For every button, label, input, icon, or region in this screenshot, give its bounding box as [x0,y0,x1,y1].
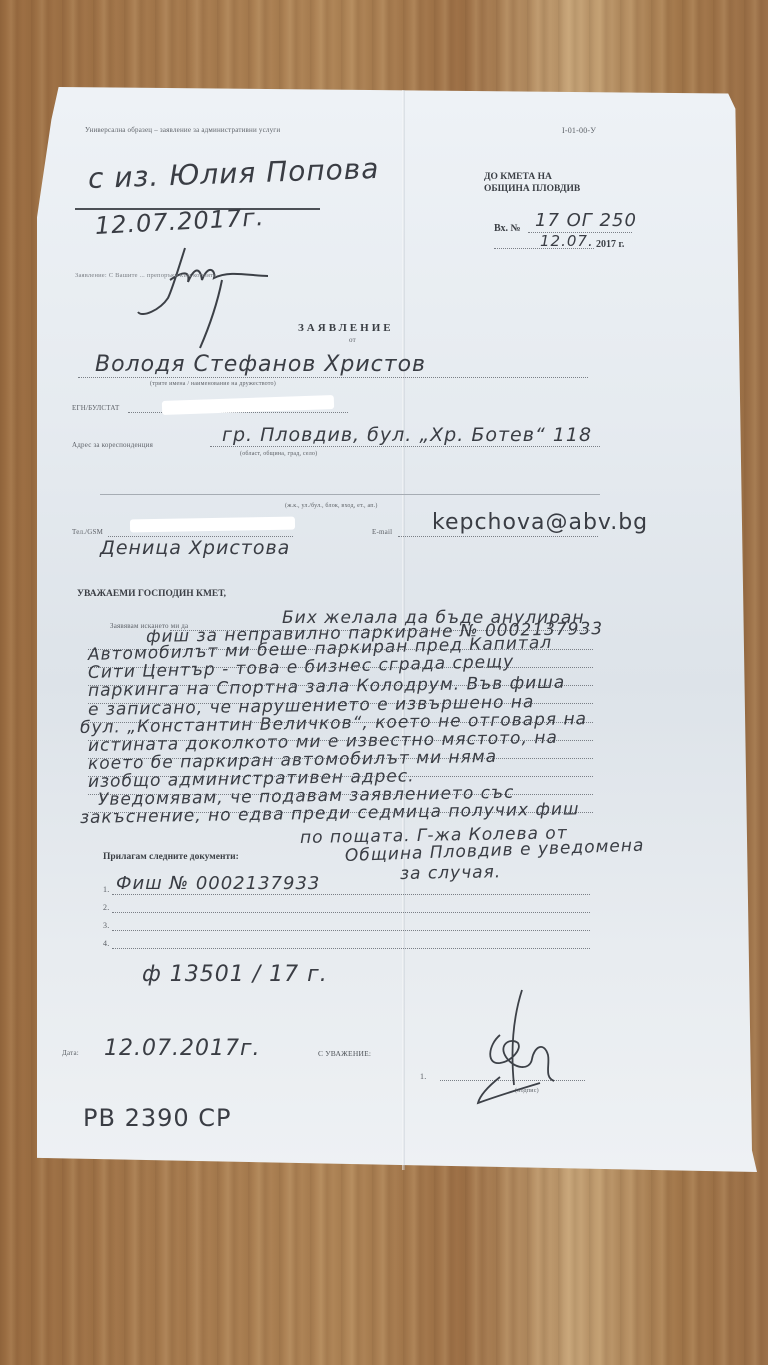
applicant-name-line [78,377,588,378]
form-caption: Универсална образец – заявление за админ… [85,126,280,134]
applicant-line-label: Заявление: С Вашите ... препоръки към ко… [75,272,365,279]
addressee-line-1: ДО КМЕТА НА [484,171,580,183]
email-line [398,536,598,537]
form-code: I-01-00-У [562,126,596,135]
photo-background: Универсална образец – заявление за админ… [0,0,768,1365]
address-caption-2: (ж.к., ул./бул., блок, вход, ет., ап.) [285,503,378,509]
attachment-line [112,912,590,913]
contact-name-handwritten: Деница Христова [100,537,290,559]
attachment-line [112,894,590,895]
attachment-line [112,930,590,931]
attachment-value-handwritten: Фиш № 0002137933 [116,873,320,894]
attachment-number: 2. [103,903,109,912]
address-line [210,446,600,447]
address-label: Адрес за кореспонденция [72,441,153,449]
name-caption: (трите имена / наименование на дружество… [150,381,276,387]
email-handwritten: kepchova@abv.bg [432,510,648,535]
email-label: E-mail [372,528,392,536]
attachment-line [112,948,590,949]
resolution-signature [130,240,300,350]
attachment-number: 4. [103,939,109,948]
reg-label: Вх. № [494,223,521,234]
license-plate-handwritten: РВ 2390 СР [83,1104,232,1132]
date-handwritten: 12.07.2017г. [104,1036,261,1061]
salutation: УВАЖАЕМИ ГОСПОДИН КМЕТ, [77,589,226,599]
regards-label: С УВАЖЕНИЕ: [318,1049,371,1058]
body-line-handwritten: за случая. [400,862,502,884]
attachment-number: 1. [103,885,109,894]
address-line-2 [100,494,600,495]
date-label: Дата: [62,1049,79,1057]
attachments-label: Прилагам следните документи: [103,852,239,862]
document-title: ЗАЯВЛЕНИЕ [298,322,394,334]
egn-label: ЕГН/БУЛСТАТ [72,404,120,412]
attachment-number: 3. [103,921,109,930]
addressee: ДО КМЕТА НА ОБЩИНА ПЛОВДИВ [484,171,580,195]
reg-date-handwritten: 12.07. [540,232,594,250]
address-caption: (област, община, град, село) [240,451,317,457]
from-label: от [349,336,356,344]
applicant-name-handwritten: Володя Стефанов Христов [95,352,426,377]
address-handwritten: гр. Пловдив, бул. „Хр. Ботев“ 118 [222,424,592,446]
ref-note-handwritten: ф 13501 / 17 г. [142,962,328,987]
sign-number: 1. [420,1072,426,1081]
reg-number-handwritten: 17 ОГ 250 [535,210,637,231]
addressee-line-2: ОБЩИНА ПЛОВДИВ [484,183,580,195]
reg-year: 2017 г. [596,239,624,250]
applicant-signature [470,985,570,1110]
phone-label: Тел./GSM [72,528,103,536]
